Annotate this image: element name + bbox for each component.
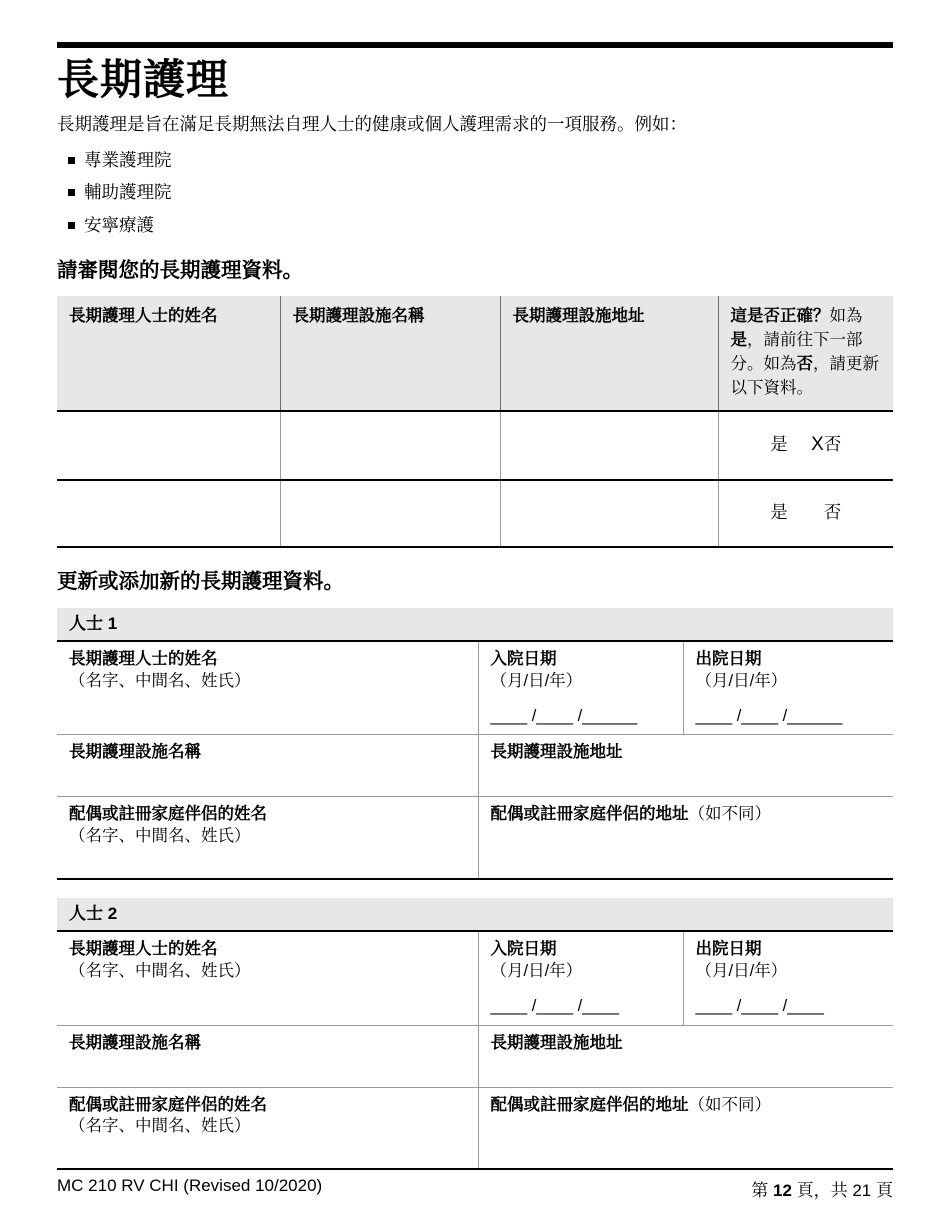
facility-name-label: 長期護理設施名稱 — [69, 742, 466, 764]
spouse-name-sublabel: （名字、中間名、姓氏） — [69, 1116, 466, 1138]
list-item: 專業護理院 — [68, 149, 893, 172]
admission-date-blank: ____ /____ /____ — [491, 996, 671, 1018]
review-name-cell — [57, 411, 280, 480]
facility-name-field: 長期護理設施名稱 — [57, 735, 478, 797]
person-section-title: 人士 1 — [57, 608, 893, 641]
discharge-date-label: 出院日期 — [696, 939, 882, 961]
review-facility-name-cell — [280, 480, 500, 547]
review-correct-cell: 是X否 — [718, 411, 893, 480]
page-prefix: 第 — [751, 1181, 773, 1200]
page-number: 12 — [773, 1181, 792, 1200]
spouse-name-field: 配偶或註冊家庭伴侶的姓名 （名字、中間名、姓氏） — [57, 797, 478, 879]
form-number: MC 210 RV CHI (Revised 10/2020) — [57, 1176, 322, 1201]
bullet-icon — [68, 157, 75, 164]
top-rule — [57, 42, 893, 48]
person-row-facility: 長期護理設施名稱 長期護理設施地址 — [57, 1025, 893, 1087]
review-facility-address-cell — [500, 480, 718, 547]
review-facility-address-cell — [500, 411, 718, 480]
facility-address-field: 長期護理設施地址 — [478, 1025, 893, 1087]
person-2-table: 人士 2 長期護理人士的姓名 （名字、中間名、姓氏） 入院日期 （月/日/年） … — [57, 898, 893, 1170]
examples-list: 專業護理院 輔助護理院 安寧療護 — [57, 149, 893, 237]
review-facility-name-cell — [280, 411, 500, 480]
spouse-name-field: 配偶或註冊家庭伴侶的姓名 （名字、中間名、姓氏） — [57, 1087, 478, 1169]
review-header-row: 長期護理人士的姓名 長期護理設施名稱 長期護理設施地址 這是否正確？如為是，請前… — [57, 296, 893, 411]
person-row-spouse: 配偶或註冊家庭伴侶的姓名 （名字、中間名、姓氏） 配偶或註冊家庭伴侶的地址（如不… — [57, 797, 893, 879]
no-x-mark: X — [797, 431, 824, 459]
spouse-address-field: 配偶或註冊家庭伴侶的地址（如不同） — [478, 797, 893, 879]
person-section-title: 人士 2 — [57, 898, 893, 931]
no-label: 否 — [824, 432, 842, 457]
spouse-address-label: 配偶或註冊家庭伴侶的地址 — [491, 1096, 689, 1114]
discharge-date-blank: ____ /____ /____ — [696, 996, 882, 1018]
person-name-field: 長期護理人士的姓名 （名字、中間名、姓氏） — [57, 931, 478, 1025]
correct-question-bold: 這是否正確？ — [731, 307, 830, 325]
update-heading: 更新或添加新的長期護理資料。 — [57, 564, 893, 594]
col-header-is-correct: 這是否正確？如為是，請前往下一部分。如為否，請更新以下資料。 — [718, 296, 893, 411]
person-name-field: 長期護理人士的姓名 （名字、中間名、姓氏） — [57, 641, 478, 735]
review-row-1: 是X否 — [57, 411, 893, 480]
page-indicator: 第 12 頁，共 21 頁 — [751, 1176, 893, 1201]
admission-date-blank: ____ /____ /______ — [491, 706, 671, 728]
admission-date-label: 入院日期 — [491, 649, 671, 671]
facility-name-field: 長期護理設施名稱 — [57, 1025, 478, 1087]
facility-address-label: 長期護理設施地址 — [491, 742, 882, 764]
discharge-date-blank: ____ /____ /______ — [696, 706, 882, 728]
col-header-facility-name: 長期護理設施名稱 — [280, 296, 500, 411]
page-footer: MC 210 RV CHI (Revised 10/2020) 第 12 頁，共… — [57, 1176, 893, 1201]
person-row-spouse: 配偶或註冊家庭伴侶的姓名 （名字、中間名、姓氏） 配偶或註冊家庭伴侶的地址（如不… — [57, 1087, 893, 1169]
discharge-date-label: 出院日期 — [696, 649, 882, 671]
no-label: 否 — [824, 500, 842, 525]
yes-label: 是 — [770, 432, 788, 457]
admission-date-field: 入院日期 （月/日/年） ____ /____ /______ — [478, 641, 683, 735]
person-row-facility: 長期護理設施名稱 長期護理設施地址 — [57, 735, 893, 797]
no-bold: 否 — [797, 355, 814, 373]
admission-date-field: 入院日期 （月/日/年） ____ /____ /____ — [478, 931, 683, 1025]
facility-address-label: 長期護理設施地址 — [491, 1033, 882, 1055]
person-1-table: 人士 1 長期護理人士的姓名 （名字、中間名、姓氏） 入院日期 （月/日/年） … — [57, 608, 893, 880]
facility-address-field: 長期護理設施地址 — [478, 735, 893, 797]
discharge-date-format: （月/日/年） — [696, 671, 882, 693]
intro-text: 長期護理是旨在滿足長期無法自理人士的健康或個人護理需求的一項服務。例如： — [57, 113, 893, 137]
review-heading: 請審閱您的長期護理資料。 — [57, 253, 893, 283]
admission-date-format: （月/日/年） — [491, 961, 671, 983]
yes-label: 是 — [770, 500, 788, 525]
review-table: 長期護理人士的姓名 長期護理設施名稱 長期護理設施地址 這是否正確？如為是，請前… — [57, 296, 893, 548]
spouse-address-sublabel: （如不同） — [689, 1096, 772, 1114]
document-page: 長期護理 長期護理是旨在滿足長期無法自理人士的健康或個人護理需求的一項服務。例如… — [0, 0, 950, 1230]
spouse-address-sublabel: （如不同） — [689, 805, 772, 823]
discharge-date-field: 出院日期 （月/日/年） ____ /____ /____ — [683, 931, 893, 1025]
admission-date-label: 入院日期 — [491, 939, 671, 961]
list-item-label: 安寧療護 — [84, 214, 154, 237]
spouse-name-label: 配偶或註冊家庭伴侶的姓名 — [69, 1095, 466, 1117]
review-name-cell — [57, 480, 280, 547]
person-name-label: 長期護理人士的姓名 — [69, 649, 466, 671]
facility-name-label: 長期護理設施名稱 — [69, 1033, 466, 1055]
col-header-name: 長期護理人士的姓名 — [57, 296, 280, 411]
list-item: 安寧療護 — [68, 214, 893, 237]
page-suffix: 頁，共 21 頁 — [792, 1181, 893, 1200]
person-2-section-bar: 人士 2 — [57, 898, 893, 931]
bullet-icon — [68, 189, 75, 196]
person-row-name-dates: 長期護理人士的姓名 （名字、中間名、姓氏） 入院日期 （月/日/年） ____ … — [57, 931, 893, 1025]
bullet-icon — [68, 222, 75, 229]
col-header-facility-address: 長期護理設施地址 — [500, 296, 718, 411]
admission-date-format: （月/日/年） — [491, 671, 671, 693]
review-correct-cell: 是否 — [718, 480, 893, 547]
list-item-label: 專業護理院 — [84, 149, 172, 172]
person-name-sublabel: （名字、中間名、姓氏） — [69, 961, 466, 983]
spouse-address-label: 配偶或註冊家庭伴侶的地址 — [491, 805, 689, 823]
spouse-name-sublabel: （名字、中間名、姓氏） — [69, 826, 466, 848]
correct-text: 如為 — [830, 307, 863, 325]
review-row-2: 是否 — [57, 480, 893, 547]
yes-bold: 是 — [731, 331, 748, 349]
person-name-sublabel: （名字、中間名、姓氏） — [69, 671, 466, 693]
person-1-section-bar: 人士 1 — [57, 608, 893, 641]
spouse-address-field: 配偶或註冊家庭伴侶的地址（如不同） — [478, 1087, 893, 1169]
spouse-name-label: 配偶或註冊家庭伴侶的姓名 — [69, 804, 466, 826]
person-name-label: 長期護理人士的姓名 — [69, 939, 466, 961]
person-row-name-dates: 長期護理人士的姓名 （名字、中間名、姓氏） 入院日期 （月/日/年） ____ … — [57, 641, 893, 735]
page-title: 長期護理 — [57, 56, 893, 103]
discharge-date-format: （月/日/年） — [696, 961, 882, 983]
discharge-date-field: 出院日期 （月/日/年） ____ /____ /______ — [683, 641, 893, 735]
list-item: 輔助護理院 — [68, 181, 893, 204]
list-item-label: 輔助護理院 — [84, 181, 172, 204]
